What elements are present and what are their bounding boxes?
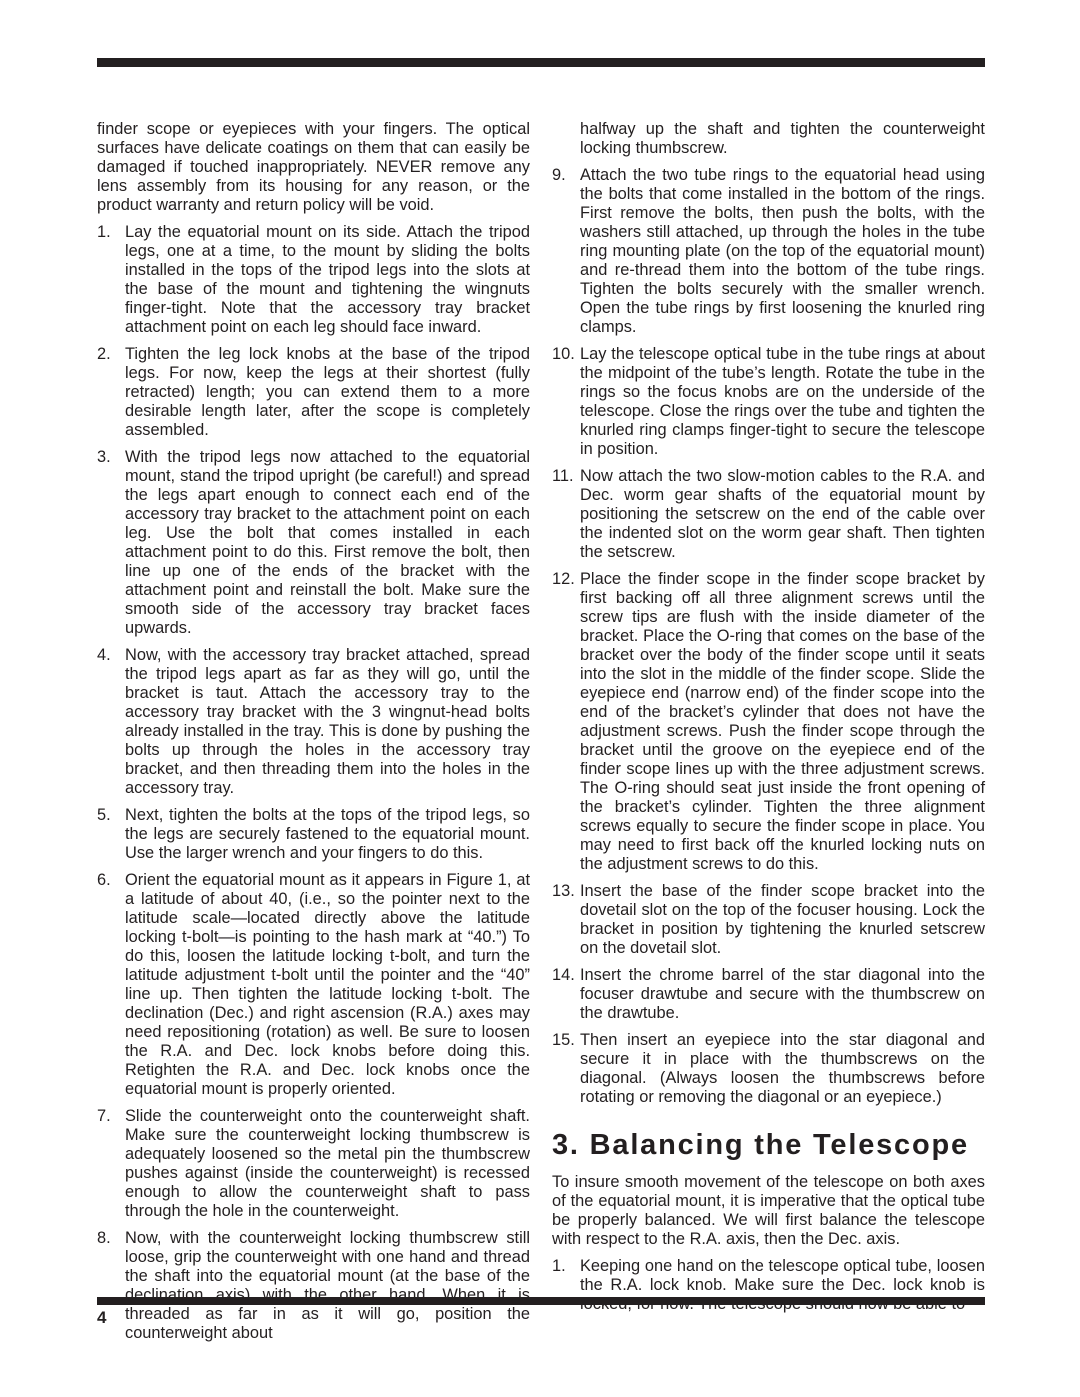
- list-item-number: 1.: [97, 223, 125, 337]
- bottom-rule: [97, 1297, 985, 1305]
- list-item-number: 4.: [97, 646, 125, 798]
- right-column: halfway up the shaft and tighten the cou…: [552, 120, 985, 1351]
- list-item-number: 14.: [552, 966, 580, 1023]
- list-item-text: Now attach the two slow-motion cables to…: [580, 467, 985, 562]
- two-column-body: finder scope or eyepieces with your fing…: [97, 120, 985, 1351]
- section-intro-paragraph: To insure smooth movement of the telesco…: [552, 1173, 985, 1249]
- list-item-number: 15.: [552, 1031, 580, 1107]
- list-item-number-spacer: [552, 120, 580, 158]
- list-item-text: Keeping one hand on the telescope optica…: [580, 1257, 985, 1314]
- list-item: 8. Now, with the counterweight locking t…: [97, 1229, 530, 1343]
- list-item-number: 11.: [552, 467, 580, 562]
- list-item-text: Tighten the leg lock knobs at the base o…: [125, 345, 530, 440]
- list-item: 4. Now, with the accessory tray bracket …: [97, 646, 530, 798]
- list-item-number: 12.: [552, 570, 580, 874]
- continued-list-item: halfway up the shaft and tighten the cou…: [552, 120, 985, 158]
- list-item-text: Next, tighten the bolts at the tops of t…: [125, 806, 530, 863]
- list-item: 6. Orient the equatorial mount as it app…: [97, 871, 530, 1099]
- list-item: 12. Place the finder scope in the finder…: [552, 570, 985, 874]
- list-item: 5. Next, tighten the bolts at the tops o…: [97, 806, 530, 863]
- list-item: 15. Then insert an eyepiece into the sta…: [552, 1031, 985, 1107]
- list-item-text: Insert the chrome barrel of the star dia…: [580, 966, 985, 1023]
- list-item: 9. Attach the two tube rings to the equa…: [552, 166, 985, 337]
- list-item-number: 3.: [97, 448, 125, 638]
- list-item-number: 7.: [97, 1107, 125, 1221]
- list-item-text: Place the finder scope in the finder sco…: [580, 570, 985, 874]
- list-item: 7. Slide the counterweight onto the coun…: [97, 1107, 530, 1221]
- continued-paragraph: finder scope or eyepieces with your fing…: [97, 120, 530, 215]
- list-item-text: Orient the equatorial mount as it appear…: [125, 871, 530, 1099]
- list-item-number: 10.: [552, 345, 580, 459]
- list-item-text: Insert the base of the finder scope brac…: [580, 882, 985, 958]
- list-item-text: halfway up the shaft and tighten the cou…: [580, 120, 985, 158]
- list-item-number: 13.: [552, 882, 580, 958]
- list-item-number: 1.: [552, 1257, 580, 1314]
- list-item-text: Now, with the accessory tray bracket att…: [125, 646, 530, 798]
- list-item: 1. Keeping one hand on the telescope opt…: [552, 1257, 985, 1314]
- list-item-number: 9.: [552, 166, 580, 337]
- list-item: 2. Tighten the leg lock knobs at the bas…: [97, 345, 530, 440]
- list-item: 10. Lay the telescope optical tube in th…: [552, 345, 985, 459]
- list-item-text: Lay the telescope optical tube in the tu…: [580, 345, 985, 459]
- list-item: 1. Lay the equatorial mount on its side.…: [97, 223, 530, 337]
- list-item-text: Now, with the counterweight locking thum…: [125, 1229, 530, 1343]
- page-number: 4: [97, 1308, 106, 1328]
- list-item: 3. With the tripod legs now attached to …: [97, 448, 530, 638]
- list-item-text: With the tripod legs now attached to the…: [125, 448, 530, 638]
- left-column: finder scope or eyepieces with your fing…: [97, 120, 530, 1351]
- list-item-text: Slide the counterweight onto the counter…: [125, 1107, 530, 1221]
- list-item-text: Attach the two tube rings to the equator…: [580, 166, 985, 337]
- section-heading: 3. Balancing the Telescope: [552, 1129, 985, 1161]
- manual-page: finder scope or eyepieces with your fing…: [0, 0, 1080, 1397]
- list-item-number: 2.: [97, 345, 125, 440]
- list-item-number: 5.: [97, 806, 125, 863]
- list-item: 13. Insert the base of the finder scope …: [552, 882, 985, 958]
- list-item: 14. Insert the chrome barrel of the star…: [552, 966, 985, 1023]
- top-rule: [97, 58, 985, 67]
- list-item-number: 6.: [97, 871, 125, 1099]
- list-item: 11. Now attach the two slow-motion cable…: [552, 467, 985, 562]
- list-item-text: Then insert an eyepiece into the star di…: [580, 1031, 985, 1107]
- list-item-text: Lay the equatorial mount on its side. At…: [125, 223, 530, 337]
